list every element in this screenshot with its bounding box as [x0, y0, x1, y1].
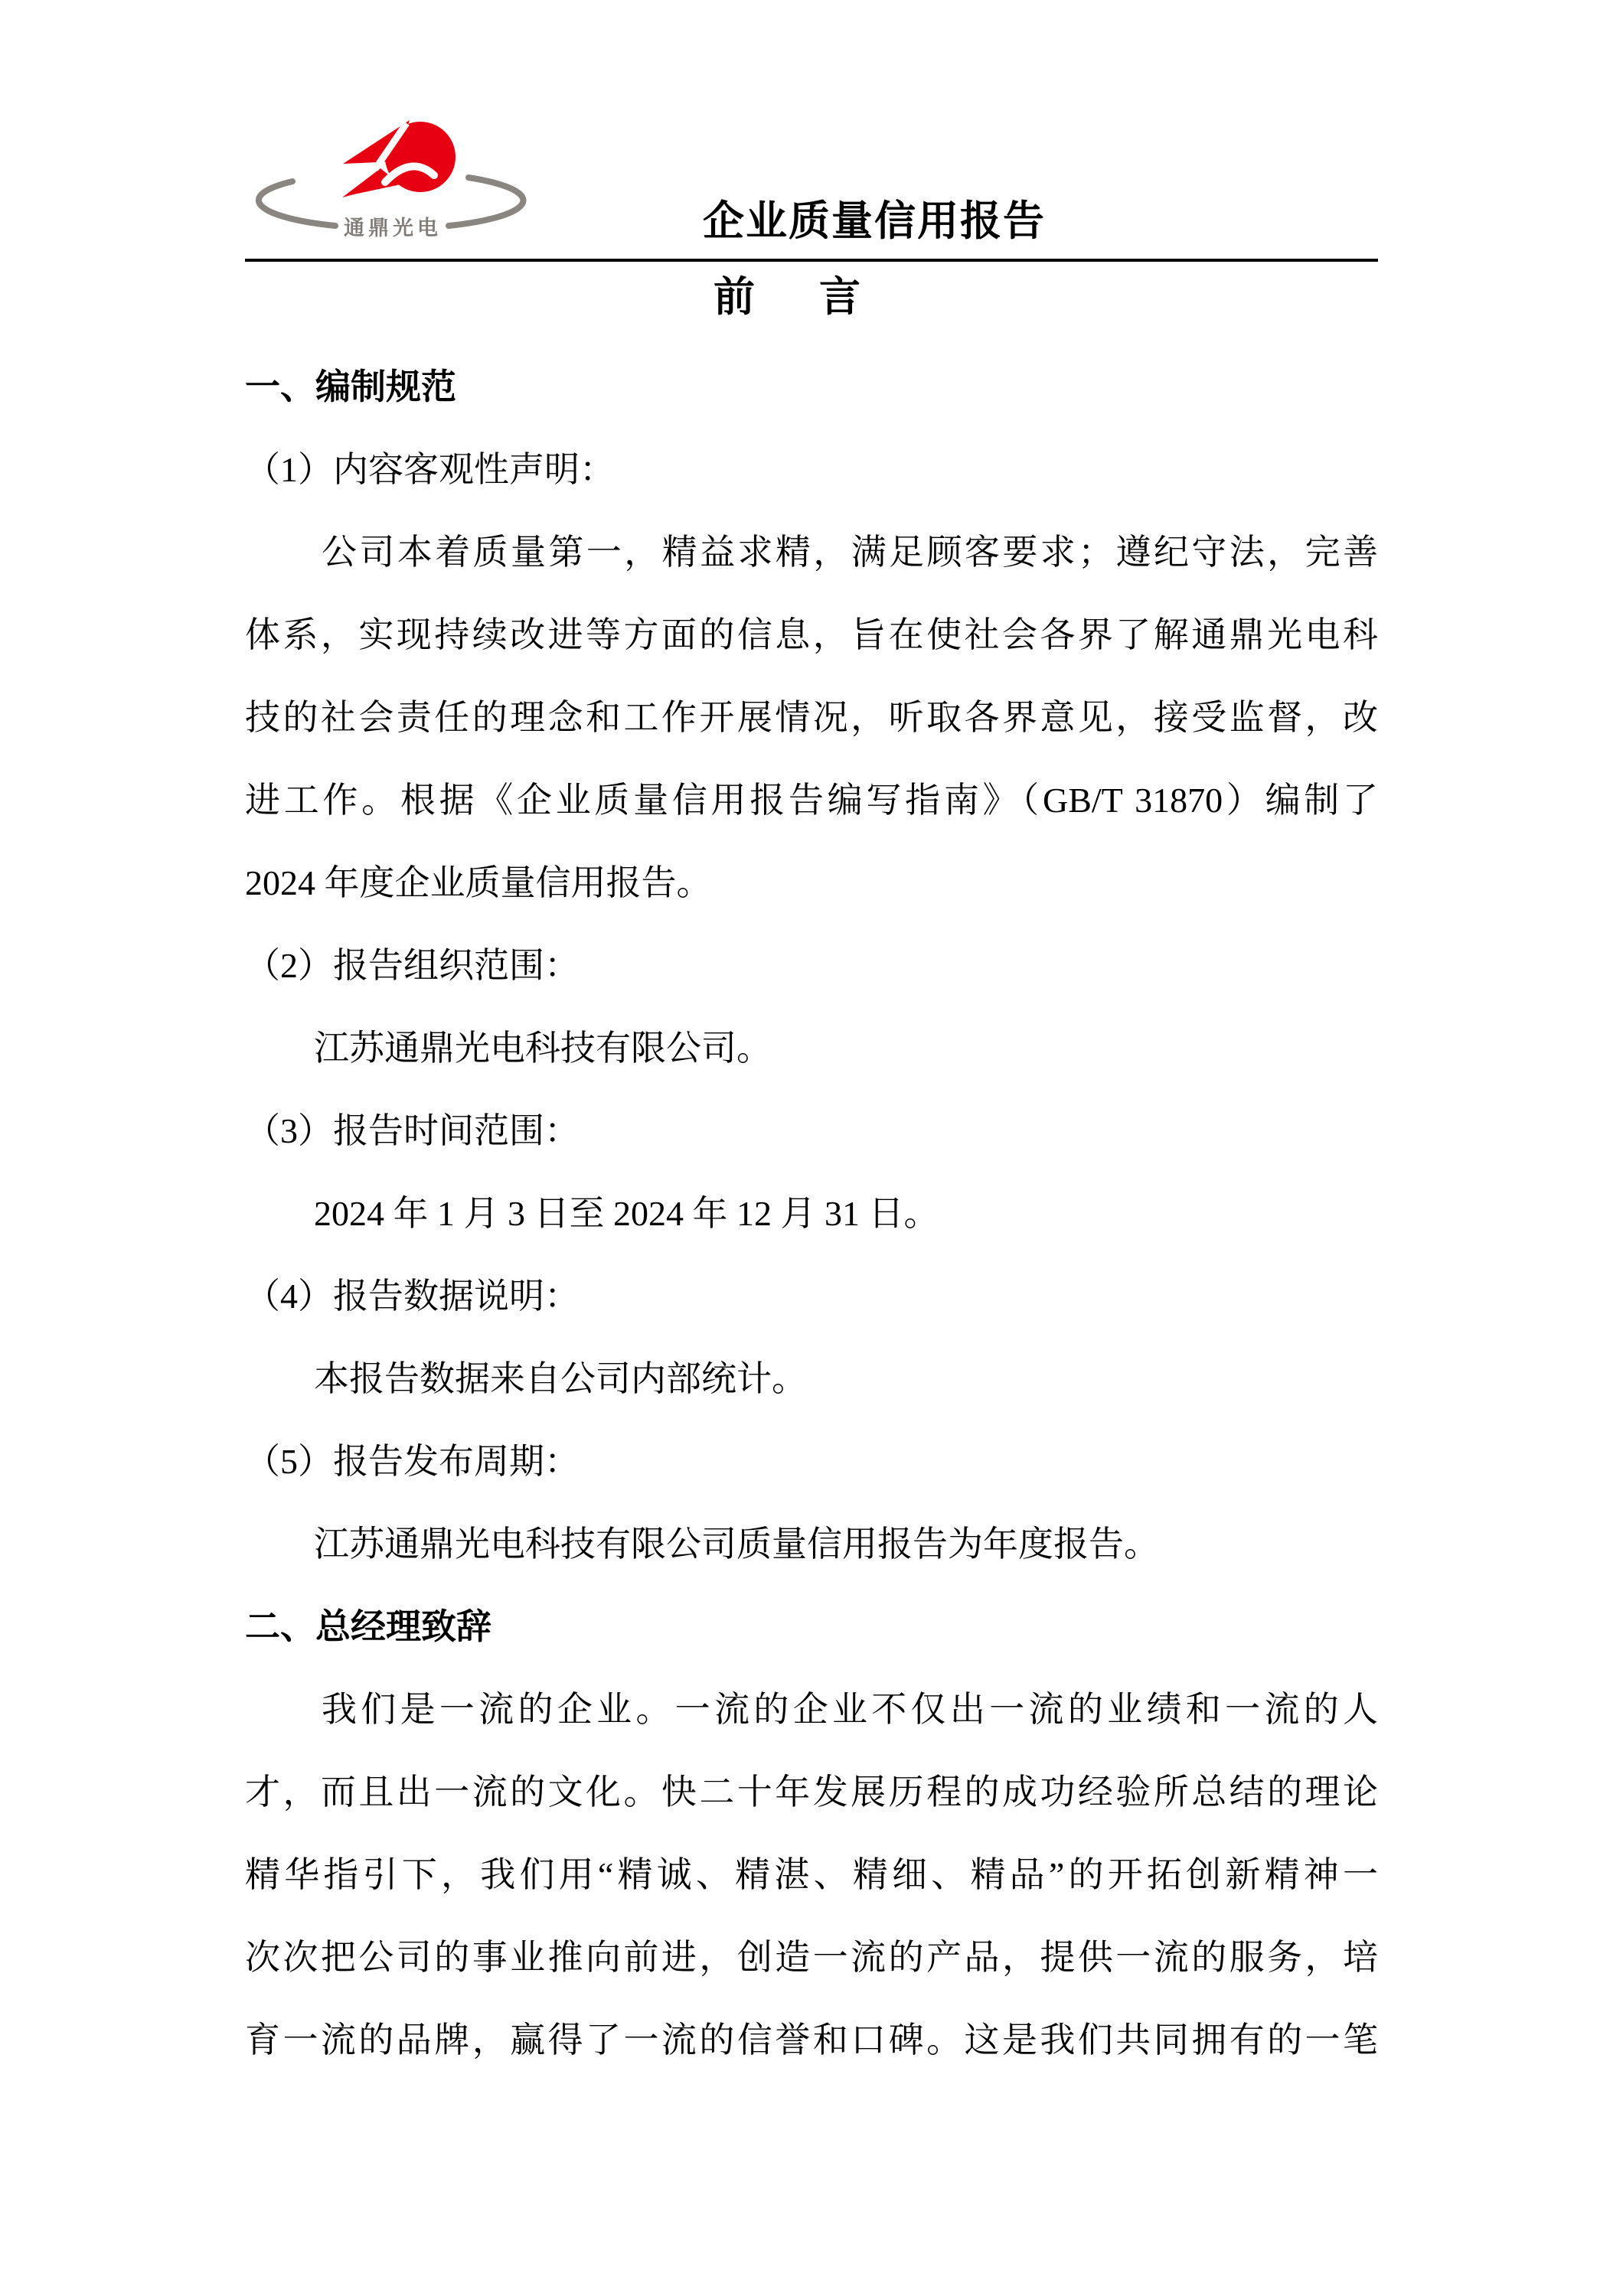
header-rule [245, 259, 1378, 262]
text-line: 本报告数据来自公司内部统计。 [245, 1338, 1378, 1420]
text-line: 精华指引下，我们用“精诚、精湛、精细、精品”的开拓创新精神一 [245, 1834, 1378, 1916]
text-line: 二、总经理致辞 [245, 1586, 1378, 1668]
text-line: 公司本着质量第一，精益求精，满足顾客要求；遵纪守法，完善 [245, 511, 1378, 594]
text-line: 体系，实现持续改进等方面的信息，旨在使社会各界了解通鼎光电科 [245, 594, 1378, 677]
company-logo-icon: 通鼎光电 [243, 112, 537, 243]
text-line: 江苏通鼎光电科技有限公司。 [245, 1007, 1378, 1090]
text-line: 一、编制规范 [245, 346, 1378, 429]
text-line: 技的社会责任的理念和工作开展情况，听取各界意见，接受监督，改 [245, 677, 1378, 759]
document-page: 通鼎光电 企业质量信用报告 前 言 一、编制规范（1）内容客观性声明：公司本着质… [0, 0, 1623, 2296]
text-line: （2）报告组织范围： [245, 925, 1378, 1007]
text-line: 育一流的品牌，赢得了一流的信誉和口碑。这是我们共同拥有的一笔 [245, 1999, 1378, 2082]
text-line: （4）报告数据说明： [245, 1255, 1378, 1338]
logo-swoosh-left-icon [259, 181, 335, 226]
preface-title: 前 言 [714, 274, 872, 320]
text-line: 进工作。根据《企业质量信用报告编写指南》（GB/T 31870）编制了 [245, 759, 1378, 842]
text-line: 2024 年度企业质量信用报告。 [245, 842, 1378, 925]
text-line: （5）报告发布周期： [245, 1420, 1378, 1503]
logo-brand-text: 通鼎光电 [344, 217, 442, 240]
text-line: 2024 年 1 月 3 日至 2024 年 12 月 31 日。 [245, 1172, 1378, 1255]
text-line: （1）内容客观性声明： [245, 429, 1378, 511]
logo-swoosh-right-icon [449, 178, 523, 226]
text-line: 江苏通鼎光电科技有限公司质量信用报告为年度报告。 [245, 1503, 1378, 1586]
document-body: 一、编制规范（1）内容客观性声明：公司本着质量第一，精益求精，满足顾客要求；遵纪… [245, 346, 1378, 2082]
report-header-title: 企业质量信用报告 [703, 196, 1046, 246]
text-line: 我们是一流的企业。一流的企业不仅出一流的业绩和一流的人 [245, 1668, 1378, 1751]
text-line: 才，而且出一流的文化。快二十年发展历程的成功经验所总结的理论 [245, 1751, 1378, 1834]
text-line: 次次把公司的事业推向前进，创造一流的产品，提供一流的服务，培 [245, 1916, 1378, 1999]
text-line: （3）报告时间范围： [245, 1090, 1378, 1172]
